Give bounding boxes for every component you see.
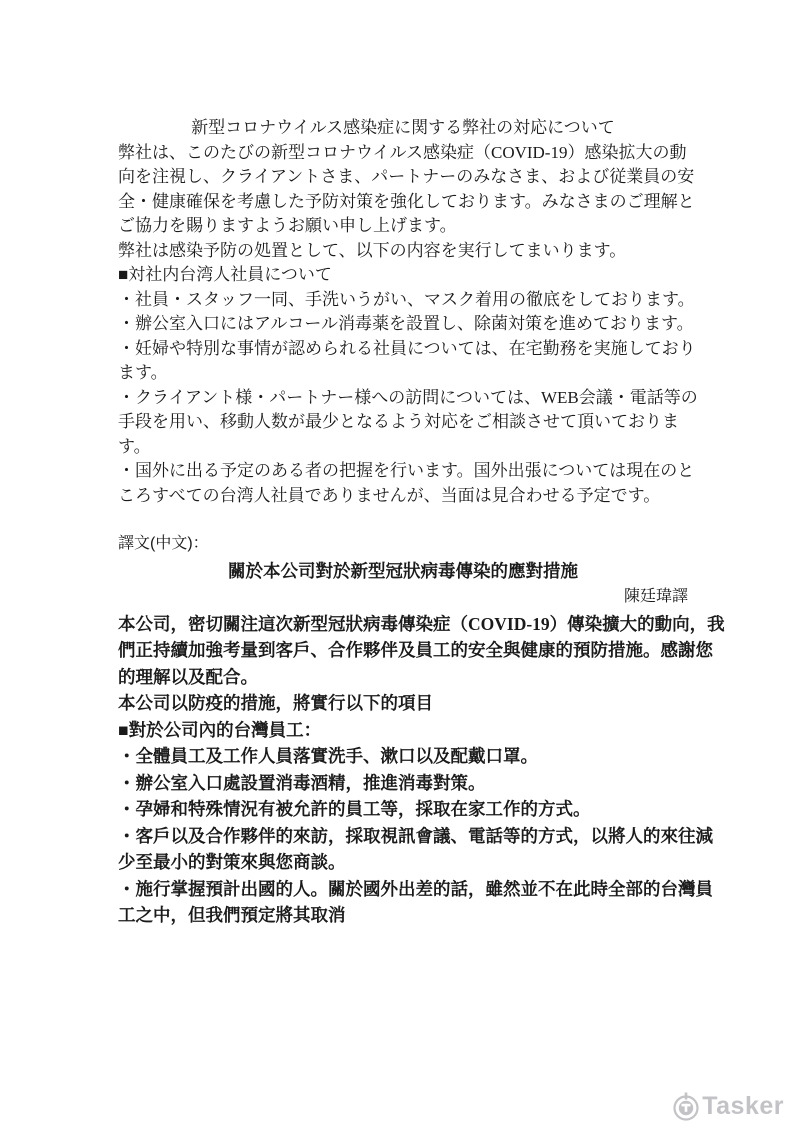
chinese-text-line: ■對於公司內的台灣員工： [118,717,688,744]
japanese-text-line: 手段を用い、移動人数が最少となるよう対応をご相談させて頂いておりま [118,410,688,435]
japanese-text-line: ・国外に出る予定のある者の把握を行います。国外出張については現在のと [118,459,688,484]
chinese-text-line: ・客戶以及合作夥伴的來訪，採取視訊會議、電話等的方式，以將人的來往減 [118,823,688,850]
chinese-text-line: ・全體員工及工作人員落實洗手、漱口以及配戴口罩。 [118,743,688,770]
japanese-text-line: ・社員・スタッフ一同、手洗いうがい、マスク着用の徹底をしております。 [118,288,688,313]
japanese-body: 弊社は、このたびの新型コロナウイルス感染症（COVID-19）感染拡大の動向を注… [118,141,688,509]
chinese-text-line: ・施行掌握預計出國的人。關於國外出差的話，雖然並不在此時全部的台灣員 [118,876,688,903]
chinese-text-line: ・孕婦和特殊情況有被允許的員工等，採取在家工作的方式。 [118,796,688,823]
japanese-section: 新型コロナウイルス感染症に関する弊社の対応について 弊社は、このたびの新型コロナ… [118,116,688,508]
watermark: Tasker [672,1091,784,1122]
japanese-text-line: ころすべての台湾人社員でありませんが、当面は見合わせる予定です。 [118,484,688,509]
chinese-text-line: 們正持續加強考量到客戶、合作夥伴及員工的安全與健康的預防措施。感謝您 [118,637,688,664]
japanese-text-line: ・辦公室入口にはアルコール消毒薬を設置し、除菌対策を進めております。 [118,312,688,337]
chinese-text-line: ・辦公室入口處設置消毒酒精，推進消毒對策。 [118,770,688,797]
chinese-text-line: 本公司以防疫的措施，將實行以下的項目 [118,690,688,717]
document-content: 新型コロナウイルス感染症に関する弊社の対応について 弊社は、このたびの新型コロナ… [118,116,688,929]
translation-label: 譯文(中文)： [118,531,688,558]
chinese-title: 關於本公司對於新型冠狀病毒傳染的應對措施 [118,558,688,585]
japanese-text-line: 向を注視し、クライアントさま、パートナーのみなさま、および従業員の安 [118,165,688,190]
japanese-text-line: 弊社は感染予防の処置として、以下の内容を実行してまいります。 [118,239,688,264]
japanese-text-line: す。 [118,435,688,460]
japanese-text-line: 弊社は、このたびの新型コロナウイルス感染症（COVID-19）感染拡大の動 [118,141,688,166]
tasker-logo-icon [672,1091,700,1122]
japanese-text-line: ・クライアント様・パートナー様への訪問については、WEB会議・電話等の [118,386,688,411]
chinese-section: 譯文(中文)： 關於本公司對於新型冠狀病毒傳染的應對措施 陳廷瑋譯 本公司，密切… [118,531,688,929]
japanese-text-line: ・妊婦や特別な事情が認められる社員については、在宅勤務を実施しており [118,337,688,362]
chinese-text-line: 少至最小的對策來與您商談。 [118,849,688,876]
chinese-text-line: 工之中，但我們預定將其取消 [118,902,688,929]
japanese-text-line: 全・健康確保を考慮した予防対策を強化しております。みなさまのご理解と [118,190,688,215]
chinese-text-line: 的理解以及配合。 [118,664,688,691]
japanese-text-line: ■対社内台湾人社員について [118,263,688,288]
japanese-text-line: ご協力を賜りますようお願い申し上げます。 [118,214,688,239]
document-page: 新型コロナウイルス感染症に関する弊社の対応について 弊社は、このたびの新型コロナ… [0,0,800,1130]
translator-credit: 陳廷瑋譯 [118,584,688,611]
chinese-body: 本公司，密切關注這次新型冠狀病毒傳染症（COVID-19）傳染擴大的動向，我們正… [118,611,688,929]
japanese-text-line: ます。 [118,361,688,386]
chinese-text-line: 本公司，密切關注這次新型冠狀病毒傳染症（COVID-19）傳染擴大的動向，我 [118,611,688,638]
watermark-label: Tasker [702,1092,784,1121]
japanese-title: 新型コロナウイルス感染症に関する弊社の対応について [118,116,688,141]
